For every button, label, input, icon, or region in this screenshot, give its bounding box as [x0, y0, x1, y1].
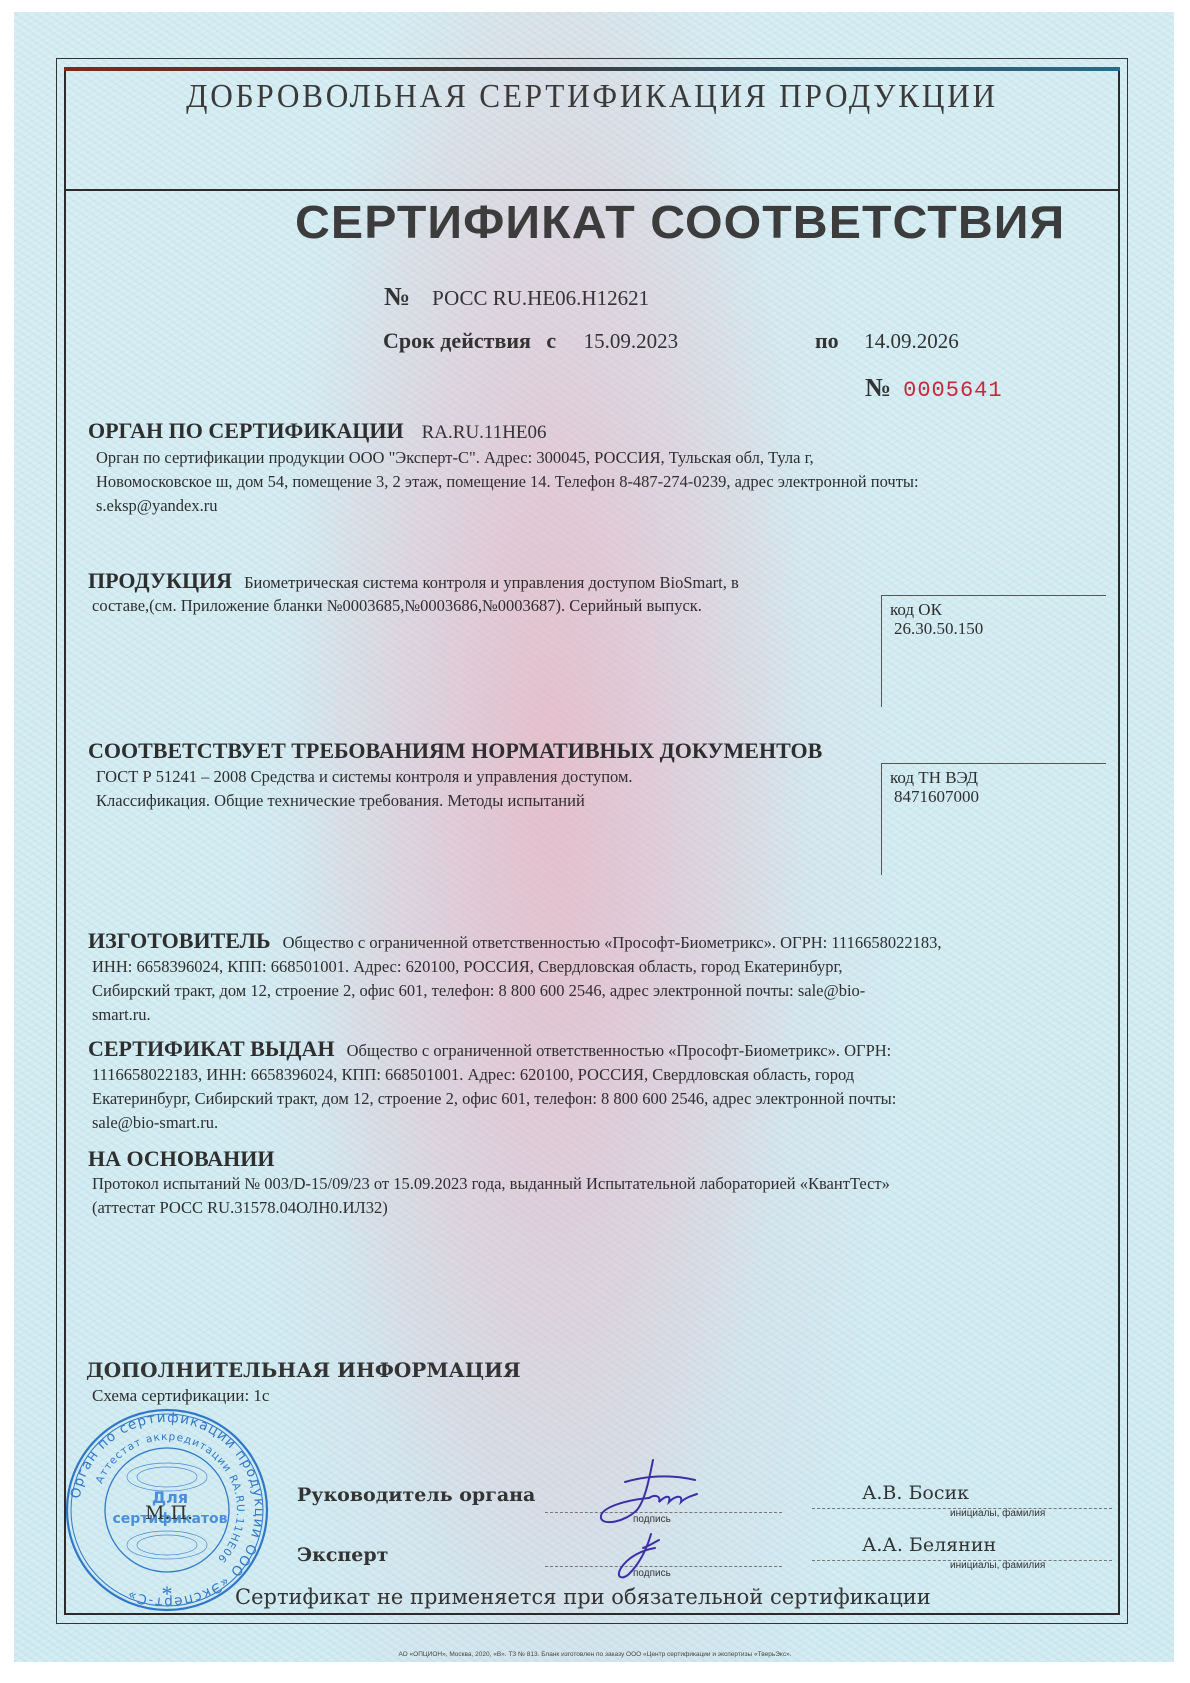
valid-to-date: 14.09.2026 — [864, 329, 959, 353]
registration-number-row: № РОСС RU.HE06.H12621 — [384, 282, 649, 312]
svg-text:*: * — [162, 1581, 173, 1606]
tnved-code-value: 8471607000 — [890, 787, 1106, 806]
product-description-line: Биометрическая система контроля и управл… — [244, 573, 739, 592]
issued-to-line: Екатеринбург, Сибирский тракт, дом 12, с… — [92, 1087, 896, 1111]
serial-number-sign: № — [865, 373, 891, 402]
manufacturer-line: Общество с ограниченной ответственностью… — [283, 933, 942, 952]
additional-info-heading: ДОПОЛНИТЕЛЬНАЯ ИНФОРМАЦИЯ — [86, 1358, 521, 1382]
certification-body-details: Орган по сертификации продукции ООО "Экс… — [96, 446, 1116, 518]
okpd-code-label: код ОК — [890, 600, 1106, 619]
expert-name: А.А. Белянин — [862, 1534, 996, 1556]
certification-body-line: Орган по сертификации продукции ООО "Экс… — [96, 446, 1116, 470]
basis-line: Протокол испытаний № 003/D-15/09/23 от 1… — [92, 1172, 890, 1196]
validity-row: Срок действия с 15.09.2023 — [383, 328, 678, 354]
normative-documents: ГОСТ Р 51241 – 2008 Средства и системы к… — [96, 765, 633, 813]
expert-label: Эксперт — [297, 1544, 388, 1566]
certificate-title: СЕРТИФИКАТ СООТВЕТСТВИЯ — [295, 195, 1065, 249]
issued-to-details: 1116658022183, ИНН: 6658396024, КПП: 668… — [92, 1063, 896, 1135]
printer-imprint: АО «ОПЦИОН», Москва, 2020, «В». ТЗ № 813… — [0, 1651, 1190, 1658]
manufacturer-heading: ИЗГОТОВИТЕЛЬ — [88, 928, 271, 953]
basis-details: Протокол испытаний № 003/D-15/09/23 от 1… — [92, 1172, 890, 1220]
manufacturer-heading-row: ИЗГОТОВИТЕЛЬ Общество с ограниченной отв… — [88, 928, 942, 955]
normative-heading: СООТВЕТСТВУЕТ ТРЕБОВАНИЯМ НОРМАТИВНЫХ ДО… — [88, 738, 822, 764]
basis-heading: НА ОСНОВАНИИ — [88, 1146, 275, 1172]
accreditation-code: RA.RU.11HE06 — [422, 422, 547, 443]
certification-body-heading-row: ОРГАН ПО СЕРТИФИКАЦИИ RA.RU.11HE06 — [88, 418, 547, 444]
manufacturer-details: ИНН: 6658396024, КПП: 668501001. Адрес: … — [92, 955, 865, 1027]
issued-to-line: sale@bio-smart.ru. — [92, 1111, 896, 1135]
certification-body-line: Новомосковское ш, дом 54, помещение 3, 2… — [96, 470, 1116, 494]
head-name-caption: инициалы, фамилия — [950, 1508, 1045, 1519]
okpd-code-box: код ОК 26.30.50.150 — [881, 595, 1106, 707]
product-heading: ПРОДУКЦИЯ — [88, 568, 232, 593]
head-of-body-label: Руководитель органа — [297, 1484, 535, 1506]
voluntary-certification-label: ДОБРОВОЛЬНАЯ СЕРТИФИКАЦИЯ ПРОДУКЦИИ — [106, 78, 1078, 116]
manufacturer-line: Сибирский тракт, дом 12, строение 2, офи… — [92, 979, 865, 1003]
issued-to-heading-row: СЕРТИФИКАТ ВЫДАН Общество с ограниченной… — [88, 1036, 891, 1063]
certification-scheme: Схема сертификации: 1с — [92, 1386, 269, 1406]
validity-label: Срок действия — [383, 328, 531, 353]
validity-to: по 14.09.2026 — [815, 328, 959, 354]
seal-place-label: М.П. — [145, 1502, 193, 1524]
issued-to-heading: СЕРТИФИКАТ ВЫДАН — [88, 1036, 335, 1061]
top-band — [64, 67, 1120, 71]
issued-to-line: Общество с ограниченной ответственностью… — [347, 1041, 892, 1060]
blank-serial-number: 0005641 — [903, 378, 1002, 403]
issued-to-line: 1116658022183, ИНН: 6658396024, КПП: 668… — [92, 1063, 896, 1087]
validity-from-label: с — [546, 328, 556, 353]
head-name: А.В. Босик — [862, 1482, 969, 1504]
certification-body-email: s.eksp@yandex.ru — [96, 494, 1116, 518]
tnved-code-box: код ТН ВЭД 8471607000 — [881, 763, 1106, 875]
registration-number: РОСС RU.HE06.H12621 — [432, 286, 649, 310]
valid-from-date: 15.09.2023 — [584, 329, 679, 353]
validity-to-label: по — [815, 328, 839, 353]
blank-serial-row: № 0005641 — [865, 373, 1003, 403]
not-mandatory-notice: Сертификат не применяется при обязательн… — [235, 1585, 931, 1609]
basis-line: (аттестат РОСС RU.31578.04ОЛН0.ИЛ32) — [92, 1196, 890, 1220]
product-heading-row: ПРОДУКЦИЯ Биометрическая система контрол… — [88, 568, 739, 595]
handwritten-signature-icon — [585, 1450, 715, 1590]
header-divider — [64, 189, 1120, 191]
number-sign: № — [384, 282, 410, 311]
manufacturer-line: ИНН: 6658396024, КПП: 668501001. Адрес: … — [92, 955, 865, 979]
certification-body-heading: ОРГАН ПО СЕРТИФИКАЦИИ — [88, 418, 404, 443]
normative-line: ГОСТ Р 51241 – 2008 Средства и системы к… — [96, 765, 633, 789]
tnved-code-label: код ТН ВЭД — [890, 768, 1106, 787]
normative-line: Классификация. Общие технические требова… — [96, 789, 633, 813]
manufacturer-line: smart.ru. — [92, 1003, 865, 1027]
okpd-code-value: 26.30.50.150 — [890, 619, 1106, 638]
product-description-line: составе,(см. Приложение бланки №0003685,… — [92, 594, 702, 618]
expert-name-caption: инициалы, фамилия — [950, 1560, 1045, 1571]
